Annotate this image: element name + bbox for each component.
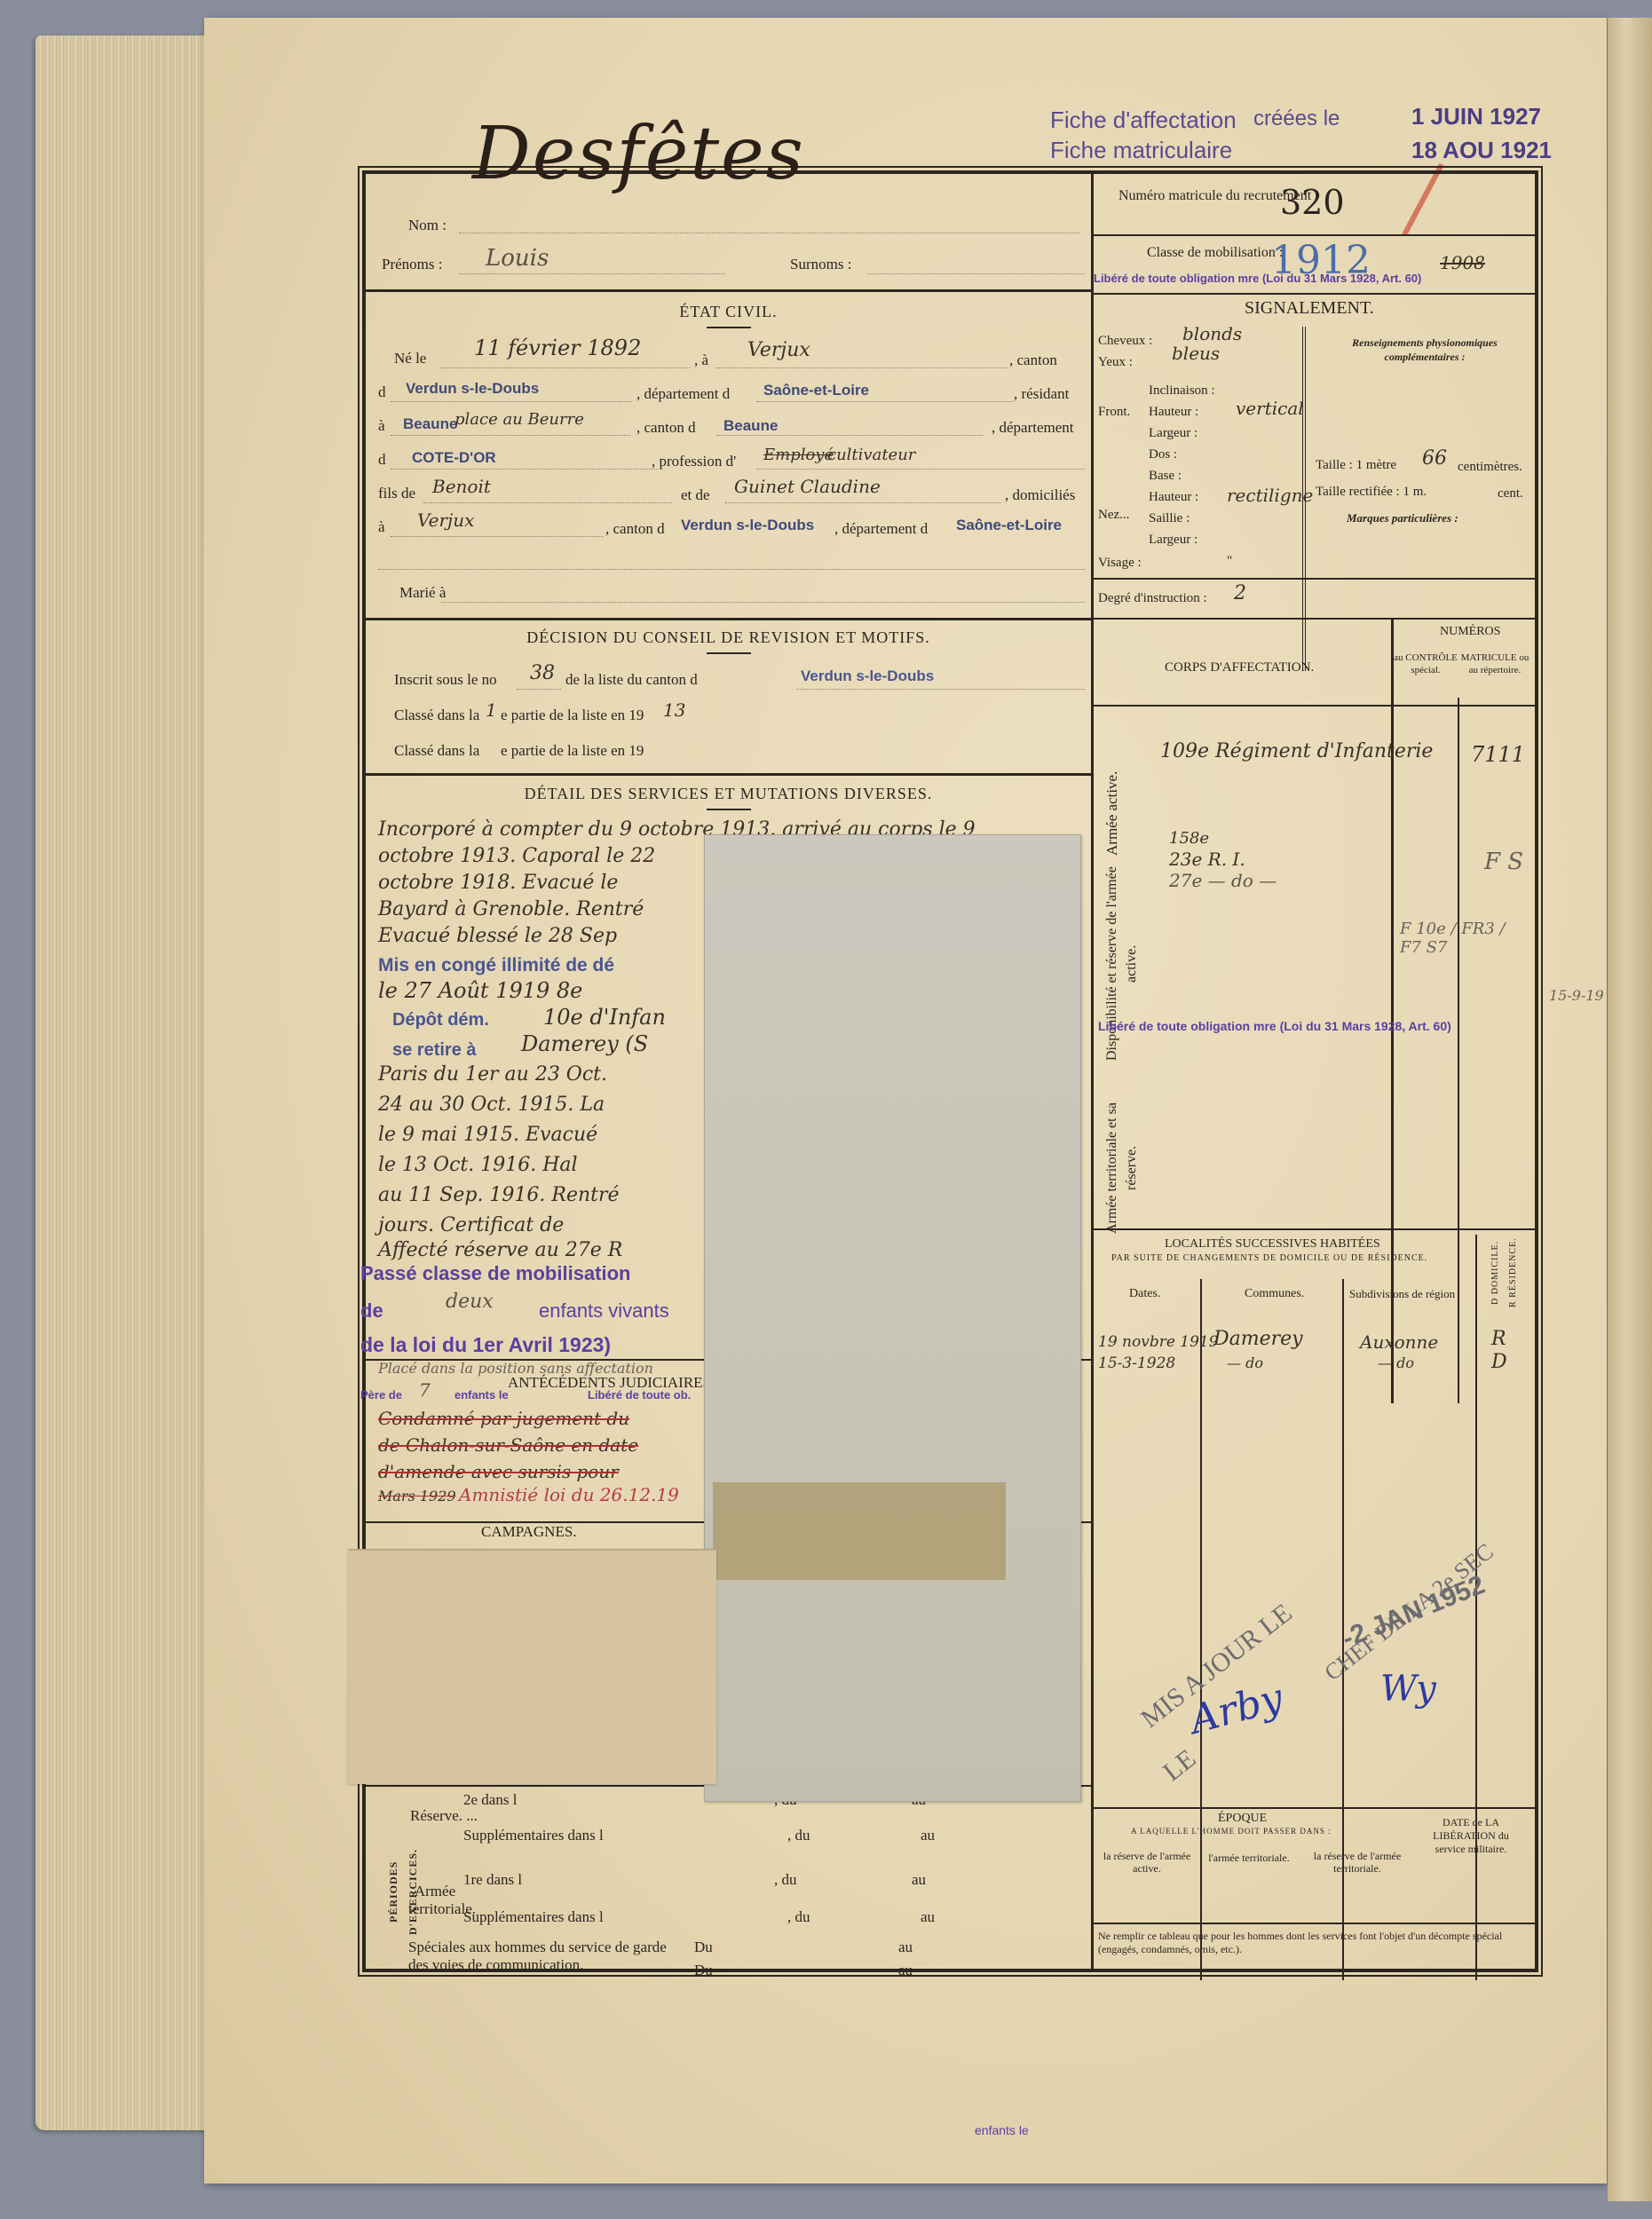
row-subdivision: — do [1378,1354,1414,1371]
domicile-departement: Saône-et-Loire [956,517,1062,534]
marie-label: Marié à [399,584,446,602]
nom-value: Desfêtes [472,112,805,196]
libere-stamp-corps: Libéré de toute obligation mre (Loi du 3… [1098,1019,1451,1033]
service-line: 24 au 30 Oct. 1915. La [378,1094,605,1116]
col-controle: au CONTRÔLE spécial. [1394,651,1458,676]
departement-naissance: Saône-et-Loire [763,382,869,399]
reserve-entry: 158e [1169,829,1209,848]
degre-value: 2 [1234,582,1246,604]
fiche-affectation-label: Fiche d'affectation [1050,105,1237,135]
attached-paper-slip [704,834,1081,1802]
visage-label: Visage : [1098,556,1142,571]
stamp-libere: Libéré de toute ob. [588,1388,691,1402]
territoriale-row-2: Supplémentaires dans l [463,1908,604,1926]
front-label: Front. [1098,405,1130,420]
front-inclinaison: Inclinaison : [1149,383,1215,399]
d-label: d [378,383,386,401]
fiche-stamp: Fiche d'affectation Fiche matriculaire [1050,105,1237,165]
degre-label: Degré d'instruction : [1098,591,1207,606]
reserve-row-2: Supplémentaires dans l [463,1827,604,1844]
speciales-row-2: Du [694,1962,713,1979]
date-affectation: 1 JUIN 1927 [1411,99,1552,133]
du-label: , du [774,1871,797,1889]
surnoms-label: Surnoms : [790,256,851,273]
taille-value: 66 [1422,447,1447,470]
stamp-loi-1923: de la loi du 1er Avril 1923) [360,1333,611,1357]
domicile-a-label: à [378,518,385,536]
speciales-row-1: Du [694,1939,713,1956]
inscrit-numero: 38 [530,662,555,684]
nez-base: Base : [1149,469,1182,484]
inscrit-line [517,689,561,690]
decision-title: DÉCISION DU CONSEIL DE REVISION ET MOTIF… [366,628,1091,654]
domicile-canton: Verdun s-le-Doubs [681,517,814,534]
header-residence: R RÉSIDENCE. [1504,1237,1523,1308]
divider [366,289,1091,292]
classe2-label: Classé dans la [394,742,479,760]
residant-canton-line [716,435,983,436]
row-commune: Damerey [1213,1328,1303,1350]
antecedent-crossed: Mars 1929 [378,1488,456,1504]
service-line: jours. Certificat de [378,1214,564,1236]
a-residant-label: à [378,417,385,435]
prenoms-value: Louis [486,245,549,272]
domicile-ville: Verjux [417,509,474,531]
service-line: octobre 1918. Evacué le [378,872,618,894]
residant-dep-line [391,469,657,470]
territoriale-label: Armée territoriale. [408,1883,462,1918]
stamp-conge: Mis en congé illimité de dé [378,955,614,976]
row-dr: D [1491,1351,1507,1373]
domicile-line [391,536,604,537]
controle-notes: F 10e / FR3 / F7 S7 [1400,920,1506,957]
front-value: vertical [1236,398,1304,419]
service-line: Bayard à Grenoble. Rentré [378,898,644,920]
book-right-edge [1608,18,1652,2201]
nom-line [459,233,1080,233]
adhesive-tape [713,1482,1006,1580]
nez-saillie: Saillie : [1149,511,1190,526]
service-line: Evacué blessé le 28 Sep [378,925,617,947]
localites-title: LOCALITÉS SUCCESSIVES HABITÉES [1165,1237,1380,1252]
epoque-col-territoriale: l'armée territoriale. [1200,1852,1298,1864]
divider [1094,578,1535,580]
reserve-entry: 27e — do — [1169,870,1277,891]
date-matriculaire: 18 AOU 1921 [1411,133,1552,167]
campagnes-title: CAMPAGNES. [481,1523,577,1541]
divider [1094,1228,1535,1230]
nez-hauteur: Hauteur : [1149,490,1198,505]
row-dr: R [1491,1328,1506,1350]
mere-nom: Guinet Claudine [734,476,881,497]
blank-line [378,569,1085,570]
departement-line [756,401,1014,402]
armee-active-entry: 109e Régiment d'Infanterie [1160,740,1433,762]
mere-line [725,502,1000,503]
territoriale-row-1: 1re dans l [463,1871,522,1889]
residant-line [391,435,630,436]
row-date: 15-3-1928 [1098,1354,1175,1372]
col-matricule: MATRICULE ou au répertoire. [1459,651,1530,676]
service-line: Affecté réserve au 27e R [378,1239,622,1261]
taille-rectifiee-label: Taille rectifiée : 1 m. [1316,485,1427,500]
residant-departement: COTE-D'OR [412,449,496,467]
service-line: Paris du 1er au 23 Oct. [378,1063,607,1086]
liste-line [796,689,1085,690]
au-label: au [898,1962,913,1979]
domicilies-label: , domiciliés [1005,486,1075,504]
prenoms-label: Prénoms : [382,256,442,273]
prenoms-line [459,273,725,274]
profession-crossed: Employé [763,446,834,464]
surnoms-line [867,273,1085,274]
epoque-col-reserve: la réserve de l'armée active. [1098,1850,1196,1875]
divider [1094,1923,1535,1924]
epoque-subtitle: A LAQUELLE L'HOMME DOIT PASSER DANS : [1131,1827,1332,1836]
ne-le-label: Né le [394,350,426,367]
signature-2: Wy [1380,1669,1436,1710]
creation-dates-stamp: 1 JUIN 1927 18 AOU 1921 [1411,99,1552,167]
bottom-enfants-stamp: enfants le [975,2123,1029,2137]
services-title: DÉTAIL DES SERVICES ET MUTATIONS DIVERSE… [366,785,1091,810]
stamp-de: de [360,1299,383,1323]
service-line: le 27 Août 1919 8e [378,978,582,1003]
cheveux-label: Cheveux : [1098,334,1152,349]
departement-label: , département d [636,385,730,403]
antecedent-crossed: de Chalon-sur-Saône en date [378,1434,638,1456]
ne-le-line [441,367,690,368]
et-de-label: et de [681,486,710,504]
au-label: au [921,1827,935,1844]
profession-label: , profession d' [652,453,736,470]
nez-value: rectiligne [1227,485,1313,506]
divider [1094,705,1535,707]
stamp-passe-classe: Passé classe de mobilisation [360,1262,630,1285]
corps-title: CORPS D'AFFECTATION. [1165,660,1314,675]
domicile-canton-label: , canton d [605,520,665,538]
antecedent-crossed: Condamné par jugement du [378,1408,629,1429]
residant-ville: Beaune [403,415,457,433]
pere-line [423,502,672,503]
liste-label: de la liste du canton d [565,671,698,689]
cheveux-value: blonds [1182,323,1242,344]
epoque-col-reserve-territoriale: la réserve de l'armée territoriale. [1308,1850,1406,1875]
visage-value: " [1227,554,1232,569]
numeros-title: NUMÉROS [1440,625,1500,639]
divider [1094,1807,1535,1809]
lieu-line [716,367,1008,368]
header-communes: Communes. [1245,1287,1304,1301]
row-date: 19 novbre 1919 [1098,1333,1219,1351]
service-line: le 9 mai 1915. Evacué [378,1124,597,1146]
row-commune: — do [1227,1354,1263,1371]
residant-label: , résidant [1014,385,1069,403]
attached-tan-paper [348,1549,716,1784]
classe2-suffix: e partie de la liste en 19 [501,742,644,760]
stamp-pere-de: Père de [360,1388,402,1402]
header-dates: Dates. [1129,1287,1160,1301]
classe-crossed: 1908 [1440,252,1485,273]
epoque-title: ÉPOQUE [1218,1812,1267,1826]
taille-label: Taille : 1 mètre [1316,458,1396,473]
corps-divider [1391,618,1394,1403]
taille-rectifiee-unit: cent. [1498,486,1523,501]
hand-deux: deux [446,1291,494,1313]
front-largeur: Largeur : [1149,426,1198,441]
nom-label: Nom : [408,217,447,234]
speciales-label: Spéciales aux hommes du service de garde… [408,1939,684,1974]
au-label: au [921,1908,935,1926]
classe1-year: 13 [663,699,685,721]
libere-stamp-header: Libéré de toute obligation mre (Loi du 3… [1094,272,1421,285]
hand-nombre-enfants: 7 [419,1379,431,1401]
divider [366,618,1091,620]
a-label: , à [694,351,708,369]
profession-value: cultivateur [827,446,915,464]
localites-subtitle: PAR SUITE DE CHANGEMENTS DE DOMICILE OU … [1111,1253,1427,1263]
signalement-title: SIGNALEMENT. [1245,298,1374,319]
divider [1094,618,1535,620]
service-line: le 13 Oct. 1916. Hal [378,1154,578,1176]
marques-label: Marques particulières : [1347,511,1458,525]
service-line: au 11 Sep. 1916. Rentré [378,1184,620,1206]
dates-divider [1200,1279,1202,1980]
reserve-row-1: 2e dans l [463,1791,517,1809]
canton-label: , canton [1009,351,1057,369]
profession-line [756,469,1085,470]
taille-unit: centimètres. [1458,460,1522,475]
liste-canton: Verdun s-le-Doubs [801,667,934,685]
canton-naissance: Verdun s-le-Doubs [406,380,539,398]
du-label: , du [787,1908,810,1926]
epoque-note: Ne remplir ce tableau que pour les homme… [1098,1930,1524,1956]
armee-active-label: Armée active. [1103,760,1122,866]
fiche-matriculaire-label: Fiche matriculaire [1050,135,1237,165]
stamp-retire: se retire à [392,1040,477,1061]
subdivisions-divider [1475,1235,1477,1980]
yeux-value: bleus [1172,343,1220,364]
du-label: , du [787,1827,810,1844]
reserve-entry: 23e R. I. [1169,849,1245,870]
etat-civil-title: ÉTAT CIVIL. [366,303,1091,328]
header-subdivisions: Subdivisions de région [1349,1287,1455,1301]
margin-note: 15-9-19 [1549,987,1604,1004]
yeux-label: Yeux : [1098,355,1133,370]
classe1-label: Classé dans la [394,707,479,724]
front-hauteur: Hauteur : [1149,405,1198,420]
header-domicile: D DOMICILE. [1486,1237,1506,1308]
numeros-divider [1458,698,1459,1403]
reserve-label: Réserve. ... [410,1807,478,1825]
d-label-2: d [378,451,386,469]
au-label: au [912,1871,926,1889]
divider [1094,293,1535,295]
service-line: octobre 1913. Caporal le 22 [378,845,655,867]
date-naissance: 11 février 1892 [474,336,641,360]
residant-adresse: place au Beurre [454,410,584,429]
inscrit-label: Inscrit sous le no [394,671,497,689]
classe1-suffix: e partie de la liste en 19 [501,707,644,724]
stamp-enfants-vivants: enfants vivants [539,1299,669,1323]
classe-label: Classe de mobilisation : [1147,245,1283,261]
lieu-naissance: Verjux [747,339,810,361]
residant-canton-label: , canton d [636,419,696,437]
antecedent-crossed: d'amende avec sursis pour [378,1461,619,1482]
stamp-enfants-le: enfants le [454,1388,509,1402]
row-subdivision: Auxonne [1360,1331,1438,1353]
territoriale-armee-label: Armée territoriale et sa réserve. [1103,1079,1142,1257]
residant-canton: Beaune [723,417,778,435]
fils-de-label: fils de [378,485,415,502]
nez-dos: Dos : [1149,447,1177,462]
classe1-partie: 1 [486,699,497,721]
stamp-depot: Dépôt dém. [392,1010,489,1031]
pere-nom: Benoit [432,476,491,497]
date-liberation-title: DATE de LA LIBÉRATION du service militai… [1418,1816,1524,1856]
service-line: Damerey (S [521,1031,648,1056]
domicile-departement-label: , département d [834,520,928,538]
amnistie-note: Amnistié loi du 26.12.19 [459,1484,679,1505]
divider [366,773,1091,776]
marie-line [441,602,1085,603]
renseignements-title: Renseignements physionomiques complément… [1323,336,1527,364]
matricule-value: 320 [1280,183,1345,222]
canton-line [391,401,632,402]
reserve-matricule: F S [1484,849,1523,875]
nez-largeur: Largeur : [1149,533,1198,548]
creees-le-stamp: créées le [1253,107,1340,131]
divider [1094,234,1535,236]
nez-label: Nez... [1098,508,1129,523]
service-line: 10e d'Infan [543,1005,666,1030]
residant-departement-label: , département [992,419,1074,437]
au-label: au [898,1939,913,1956]
armee-active-matricule: 7111 [1471,742,1525,767]
